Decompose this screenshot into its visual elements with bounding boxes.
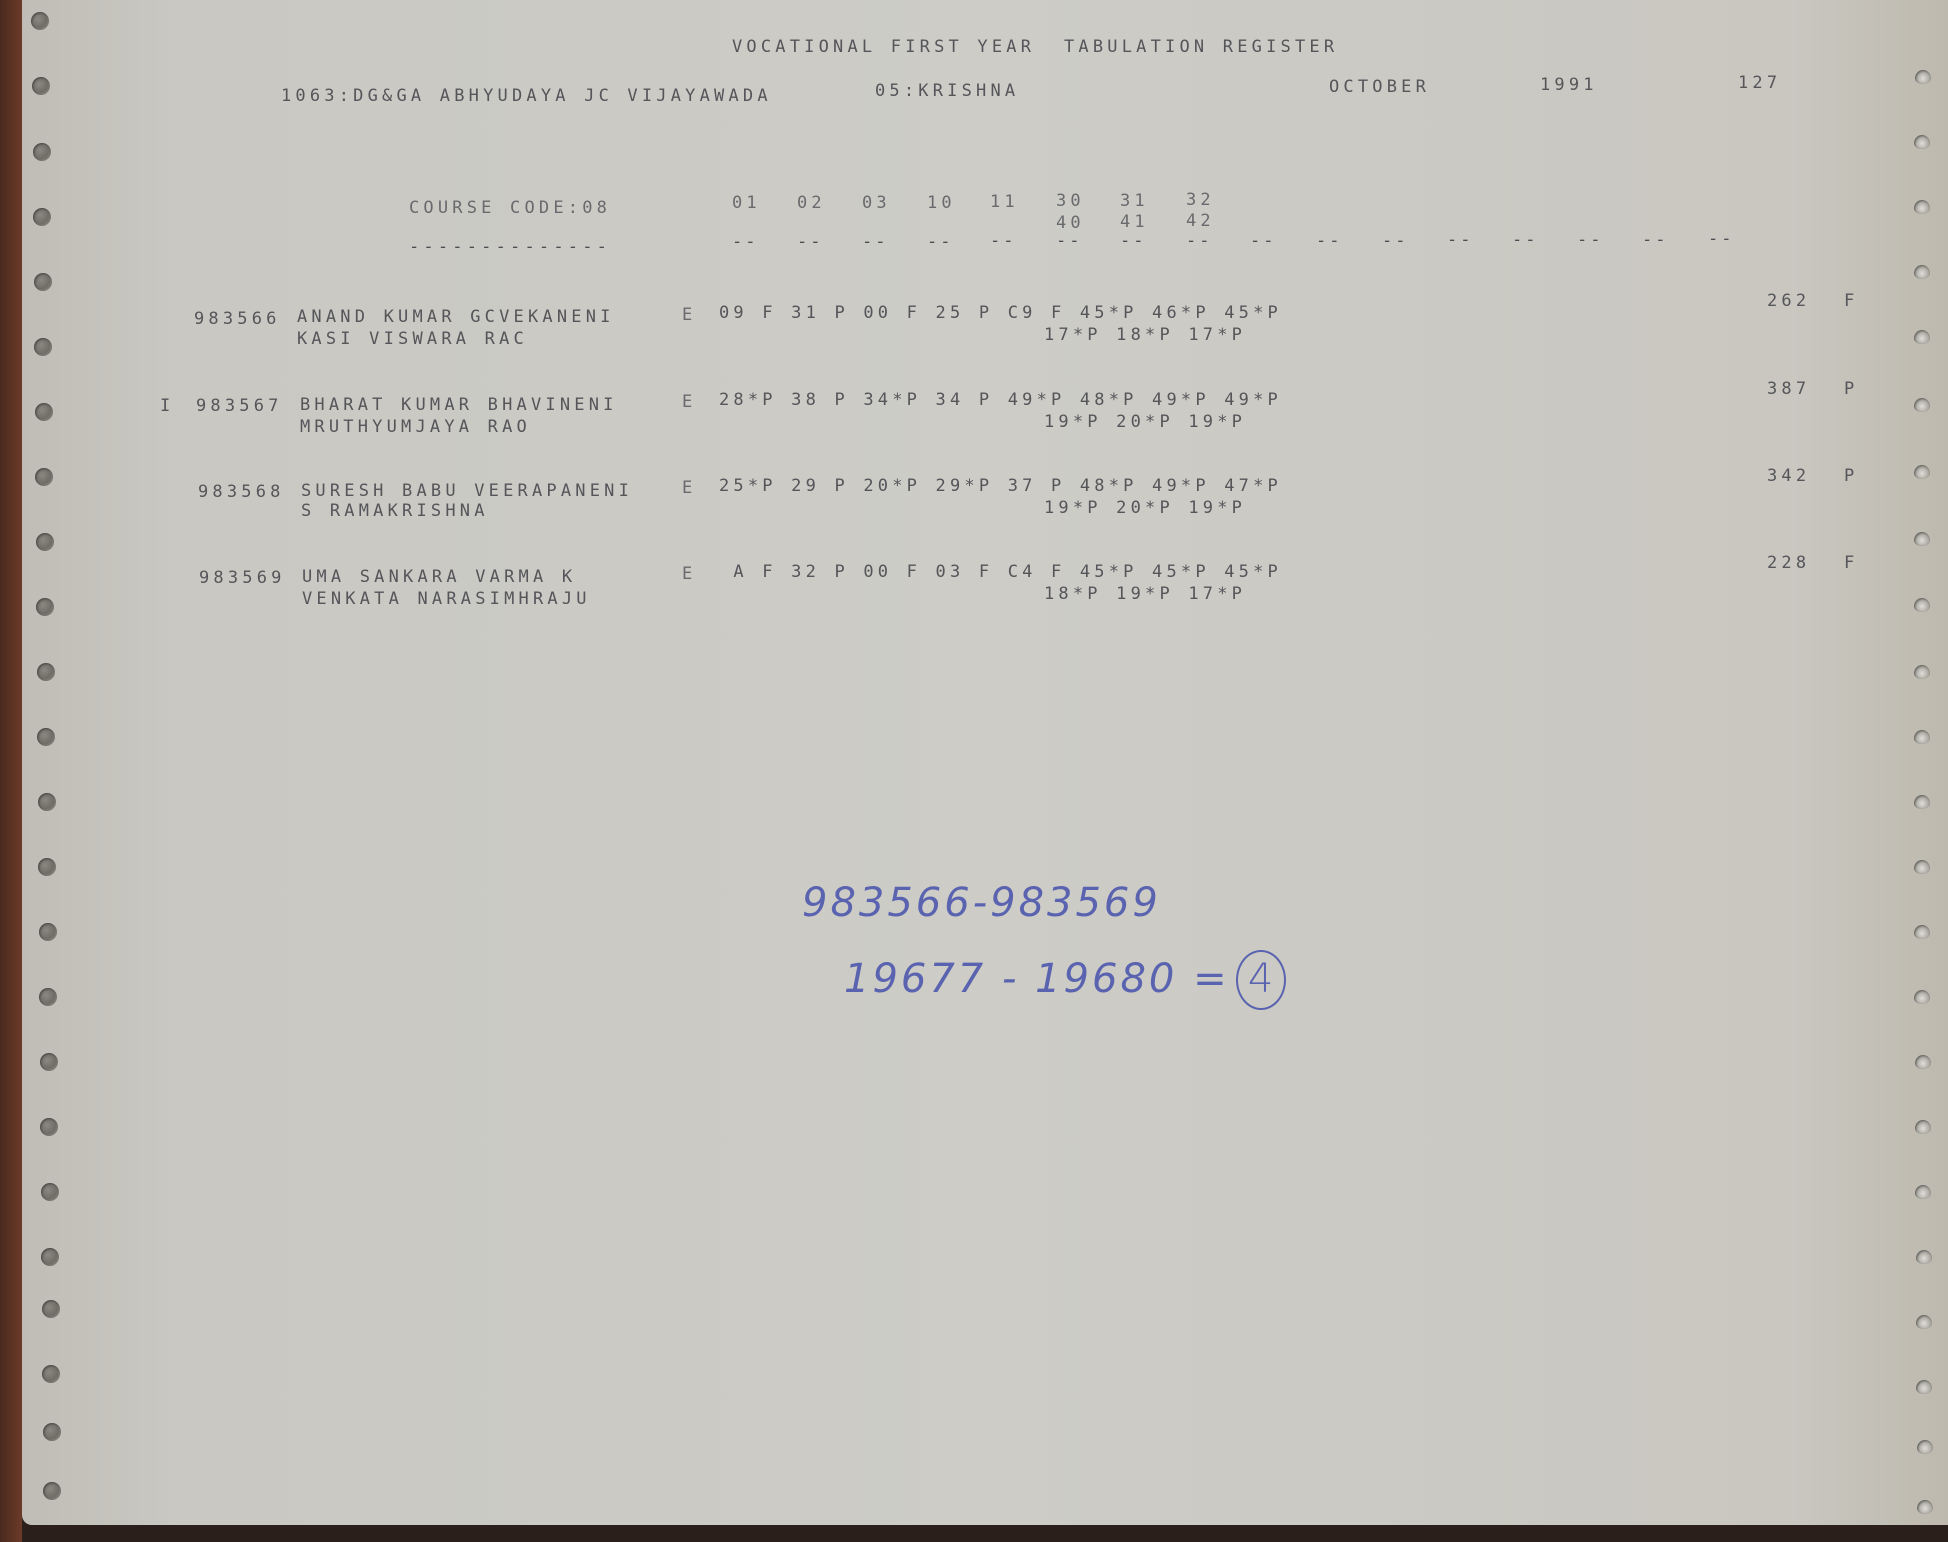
result: P: [1844, 378, 1858, 400]
student-name: UMA SANKARA VARMA K: [302, 566, 576, 588]
feed-hole: [36, 598, 54, 616]
column-dash: --: [1382, 231, 1408, 251]
student-name: BHARAT KUMAR BHAVINENI: [300, 394, 618, 416]
result: P: [1844, 465, 1858, 487]
hall-ticket-number: 983567: [196, 395, 283, 417]
feed-hole: [1914, 860, 1930, 874]
feed-hole: [43, 1482, 61, 1500]
marks-row1: 28*P 38 P 34*P 34 P 49*P 48*P 49*P 49*P: [719, 389, 1282, 411]
column-dash: --: [1642, 230, 1668, 250]
feed-hole: [37, 663, 55, 681]
feed-hole: [1914, 465, 1930, 479]
feed-hole: [1914, 532, 1930, 546]
feed-hole: [40, 1118, 58, 1136]
subject-code: 30: [1056, 190, 1085, 212]
feed-hole: [37, 728, 55, 746]
feed-hole: [1917, 1500, 1933, 1514]
page-number: 127: [1738, 72, 1781, 94]
student-name: SURESH BABU VEERAPANENI: [301, 480, 633, 502]
total-marks: 262: [1767, 290, 1810, 312]
feed-hole: [32, 77, 50, 95]
subject-code: 03: [862, 192, 891, 214]
marks-row2: 18*P 19*P 17*P: [1044, 583, 1246, 605]
column-dash: --: [990, 231, 1016, 251]
feed-hole: [34, 338, 52, 356]
feed-hole: [1914, 925, 1930, 939]
subject-code: 41: [1120, 211, 1149, 233]
printout-sheet: VOCATIONAL FIRST YEAR TABULATION REGISTE…: [22, 0, 1948, 1525]
feed-hole: [1915, 1185, 1931, 1199]
column-dash: --: [927, 232, 953, 252]
marks-row2: 19*P 20*P 19*P: [1044, 497, 1246, 519]
feed-hole: [1914, 330, 1930, 344]
feed-hole: [41, 1248, 59, 1266]
feed-hole: [1915, 70, 1931, 84]
feed-hole: [1916, 1315, 1932, 1329]
father-name: MRUTHYUMJAYA RAO: [300, 416, 531, 438]
subject-code: 02: [797, 192, 826, 214]
feed-hole: [1914, 730, 1930, 744]
college-name: 1063:DG&GA ABHYUDAYA JC VIJAYAWADA: [281, 85, 772, 107]
feed-hole: [38, 793, 56, 811]
subject-code: 42: [1186, 210, 1215, 232]
total-marks: 342: [1767, 465, 1810, 487]
feed-hole: [36, 533, 54, 551]
marks-row2: 19*P 20*P 19*P: [1044, 411, 1246, 433]
subject-code: 31: [1120, 190, 1149, 212]
column-dash: --: [1316, 231, 1342, 251]
feed-hole: [1914, 598, 1930, 612]
hall-ticket-number: 983568: [198, 481, 285, 503]
column-dash: --: [797, 232, 823, 252]
feed-hole: [1914, 665, 1930, 679]
feed-hole: [39, 923, 57, 941]
marks-row1: 25*P 29 P 20*P 29*P 37 P 48*P 49*P 47*P: [719, 475, 1282, 497]
feed-hole: [33, 143, 51, 161]
result: F: [1844, 552, 1858, 574]
handwritten-range-ticket-numbers: 983566-983569: [802, 880, 1161, 926]
feed-hole: [43, 1423, 61, 1441]
column-dash: --: [1186, 231, 1212, 251]
circled-count: 4: [1236, 950, 1286, 1010]
district-name: 05:KRISHNA: [875, 80, 1019, 102]
father-name: S RAMAKRISHNA: [301, 500, 489, 522]
subject-code: 32: [1186, 189, 1215, 211]
feed-hole: [34, 273, 52, 291]
feed-hole: [1914, 265, 1930, 279]
column-dash: --: [1708, 229, 1734, 249]
feed-hole: [35, 468, 53, 486]
column-dash: --: [1512, 230, 1538, 250]
exam-month: OCTOBER: [1329, 76, 1430, 98]
feed-hole: [1914, 990, 1930, 1004]
handwritten-serial-text: 19677 - 19680 =: [844, 956, 1230, 1002]
hall-ticket-number: 983566: [194, 308, 281, 330]
course-code-underline: --------------: [409, 236, 611, 258]
student-name: ANAND KUMAR GCVEKANENI: [297, 306, 615, 328]
exam-year: 1991: [1540, 74, 1598, 96]
father-name: VENKATA NARASIMHRAJU: [302, 588, 591, 610]
feed-hole: [41, 1183, 59, 1201]
medium: E: [682, 304, 696, 326]
column-dash: --: [862, 232, 888, 252]
result: F: [1844, 290, 1858, 312]
subject-code: 01: [732, 192, 761, 214]
feed-hole: [35, 403, 53, 421]
column-dash: --: [732, 232, 758, 252]
feed-hole: [39, 988, 57, 1006]
column-dash: --: [1250, 231, 1276, 251]
column-dash: --: [1056, 231, 1082, 251]
feed-hole: [1916, 1250, 1932, 1264]
feed-hole: [31, 12, 49, 30]
marks-row2: 17*P 18*P 17*P: [1044, 324, 1246, 346]
feed-hole: [1914, 398, 1930, 412]
feed-hole: [1914, 200, 1930, 214]
total-marks: 228: [1767, 552, 1810, 574]
marks-row1: 09 F 31 P 00 F 25 P C9 F 45*P 46*P 45*P: [719, 302, 1282, 324]
feed-hole: [1916, 1380, 1932, 1394]
desk-edge: [0, 0, 22, 1542]
subject-code: 11: [990, 191, 1019, 213]
total-marks: 387: [1767, 378, 1810, 400]
column-dash: --: [1447, 230, 1473, 250]
handwritten-range-serials: 19677 - 19680 =4: [844, 950, 1286, 1010]
column-dash: --: [1577, 230, 1603, 250]
feed-hole: [1917, 1440, 1933, 1454]
report-title: VOCATIONAL FIRST YEAR TABULATION REGISTE…: [732, 36, 1338, 58]
feed-hole: [42, 1365, 60, 1383]
medium: E: [682, 391, 696, 413]
feed-hole: [1914, 135, 1930, 149]
medium: E: [682, 563, 696, 585]
feed-hole: [1915, 1120, 1931, 1134]
feed-hole: [40, 1053, 58, 1071]
subject-code: 10: [927, 192, 956, 214]
column-dash: --: [1120, 231, 1146, 251]
father-name: KASI VISWARA RAC: [297, 328, 528, 350]
feed-hole: [1914, 795, 1930, 809]
feed-hole: [42, 1300, 60, 1318]
medium: E: [682, 477, 696, 499]
feed-hole: [1915, 1055, 1931, 1069]
feed-hole: [33, 208, 51, 226]
feed-hole: [38, 858, 56, 876]
marks-row1: A F 32 P 00 F 03 F C4 F 45*P 45*P 45*P: [719, 561, 1282, 583]
record-marker: I: [160, 395, 174, 417]
hall-ticket-number: 983569: [199, 567, 286, 589]
course-code-label: COURSE CODE:08: [409, 197, 611, 219]
